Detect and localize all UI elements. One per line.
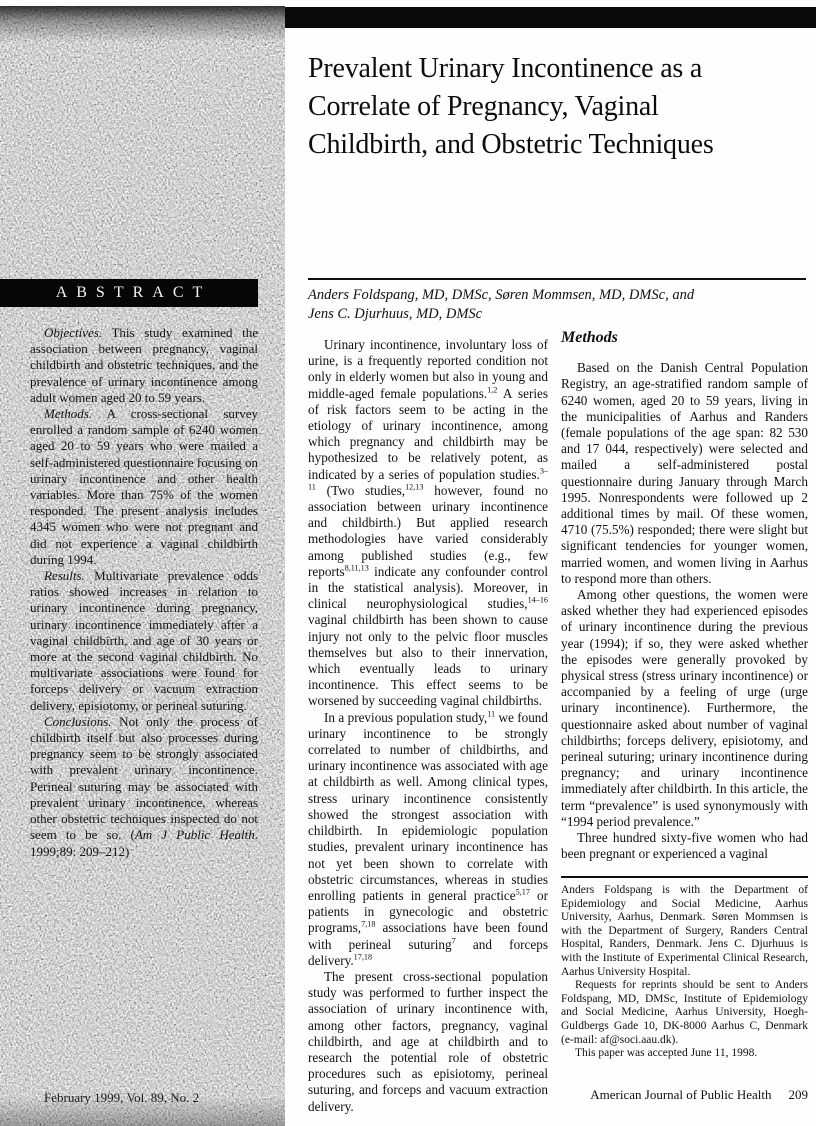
- title-line-1: Prevalent Urinary Incontinence as a: [308, 50, 813, 88]
- abstract-body: Objectives. This study examined the asso…: [30, 325, 258, 860]
- abstract-objectives-paragraph: Objectives. This study examined the asso…: [30, 325, 258, 406]
- abstract-header-label: ABSTRACT: [47, 284, 212, 302]
- methods-paragraph-2: Among other questions, the women were as…: [561, 587, 808, 830]
- footnote-reprints: Requests for reprints should be sent to …: [561, 979, 808, 1047]
- page-number: 209: [789, 1087, 809, 1102]
- footnote-divider-rule: [561, 876, 808, 878]
- journal-page: ABSTRACT Objectives. This study examined…: [0, 0, 816, 1126]
- intro-paragraph-1: Urinary incontinence, involuntary loss o…: [308, 337, 548, 710]
- abstract-conclusions-paragraph: Conclusions. Not only the process of chi…: [30, 714, 258, 860]
- title-line-2: Correlate of Pregnancy, Vaginal: [308, 88, 813, 126]
- footnote-accepted: This paper was accepted June 11, 1998.: [561, 1047, 808, 1061]
- affiliations-footnote: Anders Foldspang is with the Department …: [561, 884, 808, 1061]
- authors-line-1: Anders Foldspang, MD, DMSc, Søren Mommse…: [308, 286, 806, 305]
- methods-paragraph-3: Three hundred sixty-five women who had b…: [561, 830, 808, 862]
- abstract-sidebar: ABSTRACT Objectives. This study examined…: [0, 6, 285, 1126]
- intro-paragraph-3: The present cross-sectional population s…: [308, 969, 548, 1115]
- journal-name: American Journal of Public Health: [590, 1087, 771, 1102]
- authors-byline: Anders Foldspang, MD, DMSc, Søren Mommse…: [308, 286, 806, 324]
- intro-paragraph-2: In a previous population study,11 we fou…: [308, 710, 548, 969]
- authors-line-2: Jens C. Djurhuus, MD, DMSc: [308, 305, 806, 324]
- abstract-results-paragraph: Results. Multivariate prevalence odds ra…: [30, 568, 258, 714]
- footnote-affiliations: Anders Foldspang is with the Department …: [561, 884, 808, 979]
- body-column-left: Urinary incontinence, involuntary loss o…: [308, 337, 548, 1115]
- journal-footer: American Journal of Public Health209: [560, 1087, 808, 1103]
- article-title: Prevalent Urinary Incontinence as a Corr…: [308, 50, 813, 164]
- body-column-right: Methods Based on the Danish Central Popu…: [561, 330, 808, 863]
- issue-info: February 1999, Vol. 89, No. 2: [44, 1090, 199, 1106]
- authors-divider-rule: [308, 278, 806, 280]
- abstract-header-bar: ABSTRACT: [0, 279, 258, 307]
- top-decorative-bar: [283, 7, 816, 28]
- methods-paragraph-1: Based on the Danish Central Population R…: [561, 360, 808, 587]
- methods-heading: Methods: [561, 330, 808, 346]
- abstract-methods-paragraph: Methods. A cross-sectional survey enroll…: [30, 406, 258, 568]
- title-line-3: Childbirth, and Obstetric Techniques: [308, 126, 813, 164]
- panel-top-shade: [0, 6, 285, 42]
